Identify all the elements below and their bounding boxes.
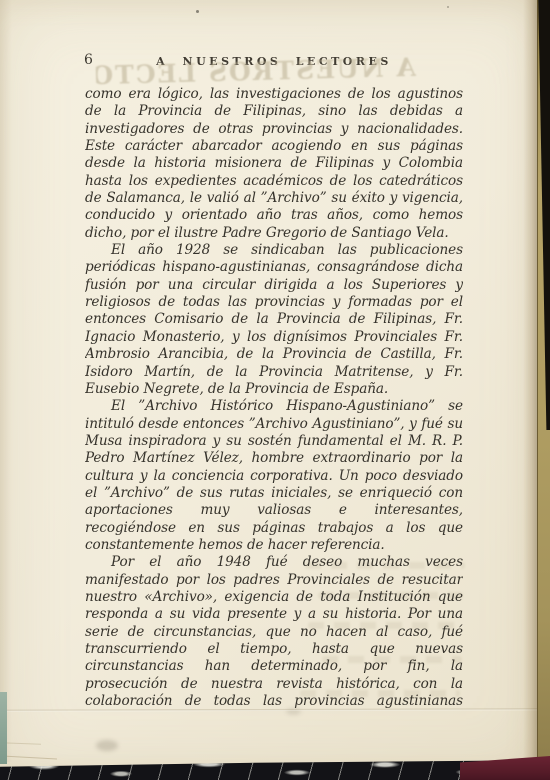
body-text: como era lógico, las investigaciones de …	[85, 86, 463, 708]
paragraph: Por el año 1948 fué deseo muchas veces m…	[85, 554, 463, 708]
book-scan: 6 A NUESTROS LECTORES A NUESTROS LECTORE…	[0, 0, 550, 780]
paragraph: como era lógico, las investigaciones de …	[85, 86, 463, 242]
page: 6 A NUESTROS LECTORES A NUESTROS LECTORE…	[0, 0, 550, 780]
paper-speck	[196, 10, 199, 13]
paper-smudge	[96, 740, 118, 751]
right-page-shadow	[523, 0, 538, 762]
paper-speck	[447, 6, 449, 8]
paragraph: El ”Archivo Histórico Hispano-Agustinian…	[85, 398, 463, 554]
left-page-shadow	[0, 0, 12, 762]
underlying-page-edge	[0, 708, 537, 711]
teal-cloth-edge	[0, 692, 7, 764]
paragraph: El año 1928 se sindicaban las publicacio…	[85, 242, 463, 398]
